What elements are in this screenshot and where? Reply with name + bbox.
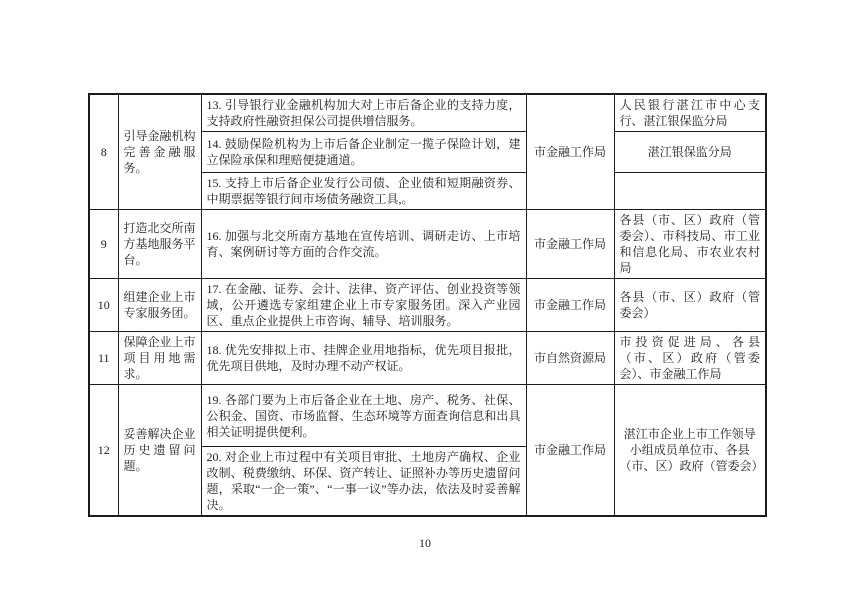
task-13-cooperating: 人民银行湛江市中心支行、湛江银保监分局	[614, 94, 766, 132]
row-12-cooperating: 湛江市企业上市工作领导小组成员单位市、各县（市、区）政府（管委会）	[614, 385, 766, 517]
row-10-number: 10	[89, 279, 118, 332]
task-15-cell: 15. 支持上市后备企业发行公司债、企业债和短期融资券、中期票据等银行间市场债务…	[201, 173, 526, 210]
row-11-number: 11	[89, 332, 118, 385]
task-15-cooperating	[614, 173, 766, 210]
row-9-responsible: 市金融工作局	[526, 210, 614, 279]
row-8-category: 引导金融机构完善金融服务。	[118, 94, 201, 210]
row-12-responsible: 市金融工作局	[526, 385, 614, 517]
task-17-cooperating: 各县（市、区）政府（管委会）	[614, 279, 766, 332]
row-9-category: 打造北交所南方基地服务平台。	[118, 210, 201, 279]
task-14-cell: 14. 鼓励保险机构为上市后备企业制定一揽子保险计划，建立保险承保和理赔便捷通道…	[201, 132, 526, 173]
task-13-cell: 13. 引导银行业金融机构加大对上市后备企业的支持力度，支持政府性融资担保公司提…	[201, 94, 526, 132]
row-9-number: 9	[89, 210, 118, 279]
row-12-number: 12	[89, 385, 118, 517]
task-18-cell: 18. 优先安排拟上市、挂牌企业用地指标，优先项目报批，优先项目供地，及时办理不…	[201, 332, 526, 385]
row-11-category: 保障企业上市项目用地需求。	[118, 332, 201, 385]
row-8-responsible: 市金融工作局	[526, 94, 614, 210]
row-11-responsible: 市自然资源局	[526, 332, 614, 385]
task-19-cell: 19. 各部门要为上市后备企业在土地、房产、税务、社保、公积金、国资、市场监督、…	[201, 385, 526, 447]
task-14-cooperating: 湛江银保监分局	[614, 132, 766, 173]
task-16-cell: 16. 加强与北交所南方基地在宣传培训、调研走访、上市培育、案例研讨等方面的合作…	[201, 210, 526, 279]
row-12-category: 妥善解决企业历史遗留问题。	[118, 385, 201, 517]
document-page: 8 引导金融机构完善金融服务。 13. 引导银行业金融机构加大对上市后备企业的支…	[0, 0, 850, 601]
task-16-cooperating: 各县（市、区）政府（管委会）、市科技局、市工业和信息化局、市农业农村局	[614, 210, 766, 279]
task-17-cell: 17. 在金融、证券、会计、法律、资产评估、创业投资等领域，公开遴选专家组建企业…	[201, 279, 526, 332]
task-20-cell: 20. 对企业上市过程中有关项目审批、土地房产确权、企业改制、税费缴纳、环保、资…	[201, 447, 526, 517]
task-18-cooperating: 市投资促进局、各县（市、区）政府（管委会）、市金融工作局	[614, 332, 766, 385]
tasks-table: 8 引导金融机构完善金融服务。 13. 引导银行业金融机构加大对上市后备企业的支…	[88, 93, 767, 517]
row-8-number: 8	[89, 94, 118, 210]
row-10-category: 组建企业上市专家服务团。	[118, 279, 201, 332]
page-number: 10	[0, 536, 850, 551]
row-10-responsible: 市金融工作局	[526, 279, 614, 332]
